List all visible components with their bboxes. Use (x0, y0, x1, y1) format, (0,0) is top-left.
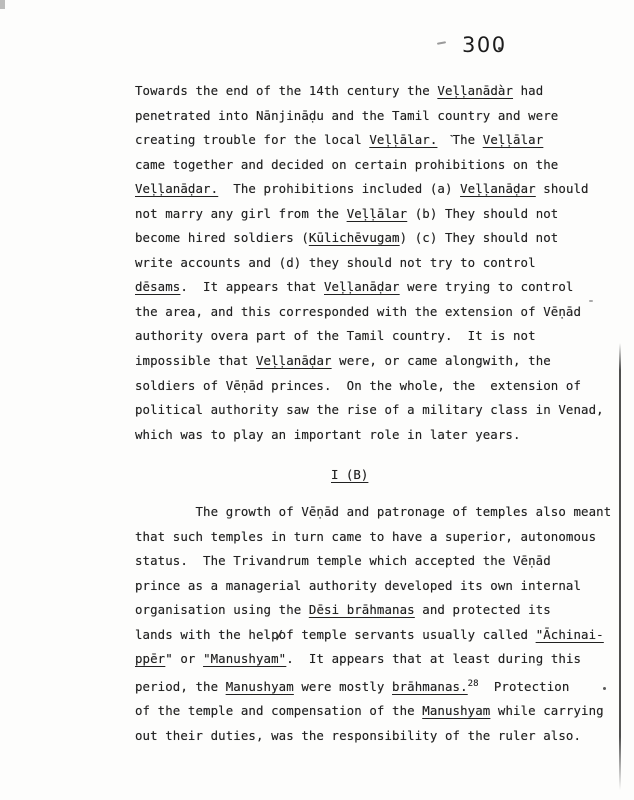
scan-edge-line (619, 343, 621, 790)
document-page: 300 Towards the end of the 14th century … (0, 0, 634, 800)
section-heading: I (B) (331, 463, 368, 488)
text-line: not marry any girl from the Veḷḷālar (b)… (135, 202, 604, 227)
text-line: soldiers of Vēṇād princes. On the whole,… (135, 374, 604, 399)
text-line: write accounts and (d) they should not t… (135, 251, 604, 276)
page-number: 300 (462, 33, 507, 57)
text-line: prince as a managerial authority develop… (135, 574, 611, 599)
text-line: out their duties, was the responsibility… (135, 724, 611, 749)
text-line: the area, and this corresponded with the… (135, 300, 604, 325)
text-line: become hired soldiers (Kūlichēvugam) (c)… (135, 226, 604, 251)
text-line: status. The Trivandrum temple which acce… (135, 549, 611, 574)
text-line: of the temple and compensation of the Ma… (135, 699, 611, 724)
scan-speck-dot (498, 47, 501, 50)
text-line: creating trouble for the local Veḷḷālar.… (135, 128, 604, 153)
text-line: ppēr" or "Manushyam". It appears that at… (135, 647, 611, 672)
paragraph-2: The growth of Vēṇād and patronage of tem… (135, 500, 611, 748)
text-line: that such temples in turn came to have a… (135, 525, 611, 550)
text-line: impossible that Veḷḷanāḍar were, or came… (135, 349, 604, 374)
scan-speck-dash (437, 41, 446, 45)
text-line: dēsams. It appears that Veḷḷanāḍar were … (135, 275, 604, 300)
scan-speck-tick (589, 300, 593, 302)
paragraph-1: Towards the end of the 14th century the … (135, 79, 604, 447)
scan-corner-mark (0, 0, 5, 9)
text-line: Towards the end of the 14th century the … (135, 79, 604, 104)
text-line: Veḷḷanāḍar. The prohibitions included (a… (135, 177, 604, 202)
text-line: political authority saw the rise of a mi… (135, 398, 604, 423)
text-line: period, the Manushyam were mostly brāhma… (135, 672, 611, 700)
text-line: lands with the help∕of temple servants u… (135, 623, 611, 648)
text-line: The growth of Vēṇād and patronage of tem… (135, 500, 611, 525)
text-line: came together and decided on certain pro… (135, 153, 604, 178)
text-line: which was to play an important role in l… (135, 423, 604, 448)
scan-speck-dot (603, 687, 606, 690)
text-line: organisation using the Dēsi brāhmanas an… (135, 598, 611, 623)
text-line: penetrated into Nānjināḍu and the Tamil … (135, 104, 604, 129)
text-line: authority overa part of the Tamil countr… (135, 324, 604, 349)
